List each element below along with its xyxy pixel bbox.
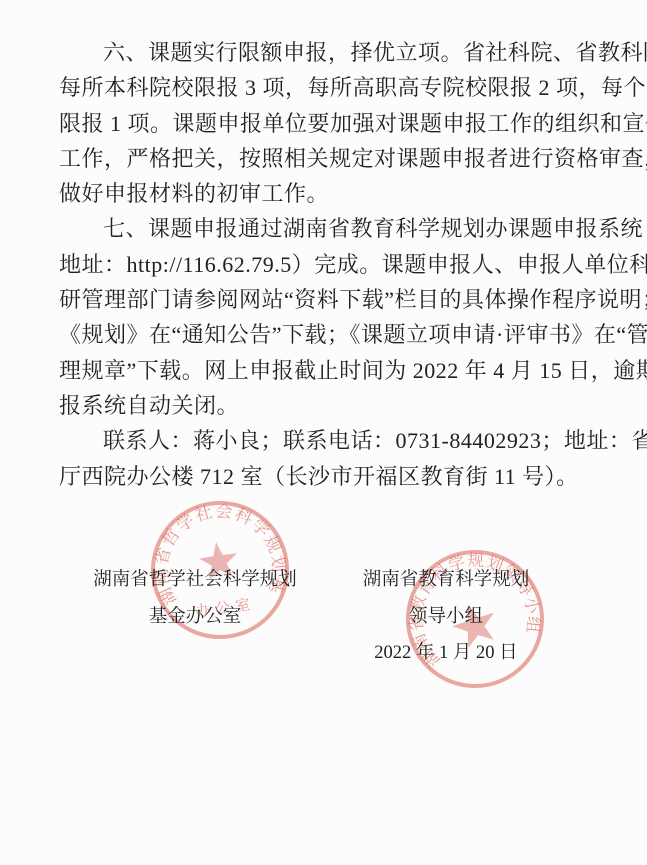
paragraph-line: 理规章”下载。网上申报截止时间为 2022 年 4 月 15 日，逾期申 [59, 353, 620, 388]
signature-block-left: 湖南省哲学社会科学规划 基金办公室 [60, 562, 330, 635]
signature-org-name: 基金办公室 [60, 599, 330, 636]
paragraph-line: 报系统自动关闭。 [59, 388, 620, 423]
paragraph-line: 地址：http://116.62.79.5）完成。课题申报人、申报人单位科 [59, 247, 620, 282]
paragraph-line: 《规划》在“通知公告”下载；《课题立项申请·评审书》在“管 [59, 317, 620, 352]
document-body: 六、课题实行限额申报，择优立项。省社科院、省教科院和 每所本科院校限报 3 项，… [59, 35, 620, 494]
paragraph-line: 工作，严格把关，按照相关规定对课题申报者进行资格审查，并 [59, 141, 620, 176]
paragraph-line: 六、课题实行限额申报，择优立项。省社科院、省教科院和 [59, 35, 620, 70]
signature-org-name: 领导小组 [326, 599, 566, 636]
document-page: 六、课题实行限额申报，择优立项。省社科院、省教科院和 每所本科院校限报 3 项，… [0, 0, 647, 865]
paragraph-line: 研管理部门请参阅网站“资料下载”栏目的具体操作程序说明； [59, 282, 620, 317]
contact-line: 联系人：蒋小良；联系电话：0731-84402923；地址：省教育 [59, 423, 620, 458]
signature-org-name: 湖南省哲学社会科学规划 [60, 562, 330, 599]
signature-org-name: 湖南省教育科学规划 [326, 562, 566, 599]
signature-date: 2022 年 1 月 20 日 [326, 635, 566, 672]
paragraph-line: 做好申报材料的初审工作。 [59, 176, 620, 211]
paragraph-line: 限报 1 项。课题申报单位要加强对课题申报工作的组织和宣传 [59, 106, 620, 141]
contact-line: 厅西院办公楼 712 室（长沙市开福区教育街 11 号）。 [59, 459, 620, 494]
signature-block-right: 湖南省教育科学规划 领导小组 2022 年 1 月 20 日 [326, 562, 566, 672]
paragraph-line: 七、课题申报通过湖南省教育科学规划办课题申报系统（IP [59, 211, 620, 246]
paragraph-line: 每所本科院校限报 3 项，每所高职高专院校限报 2 项，每个市州 [59, 70, 620, 105]
